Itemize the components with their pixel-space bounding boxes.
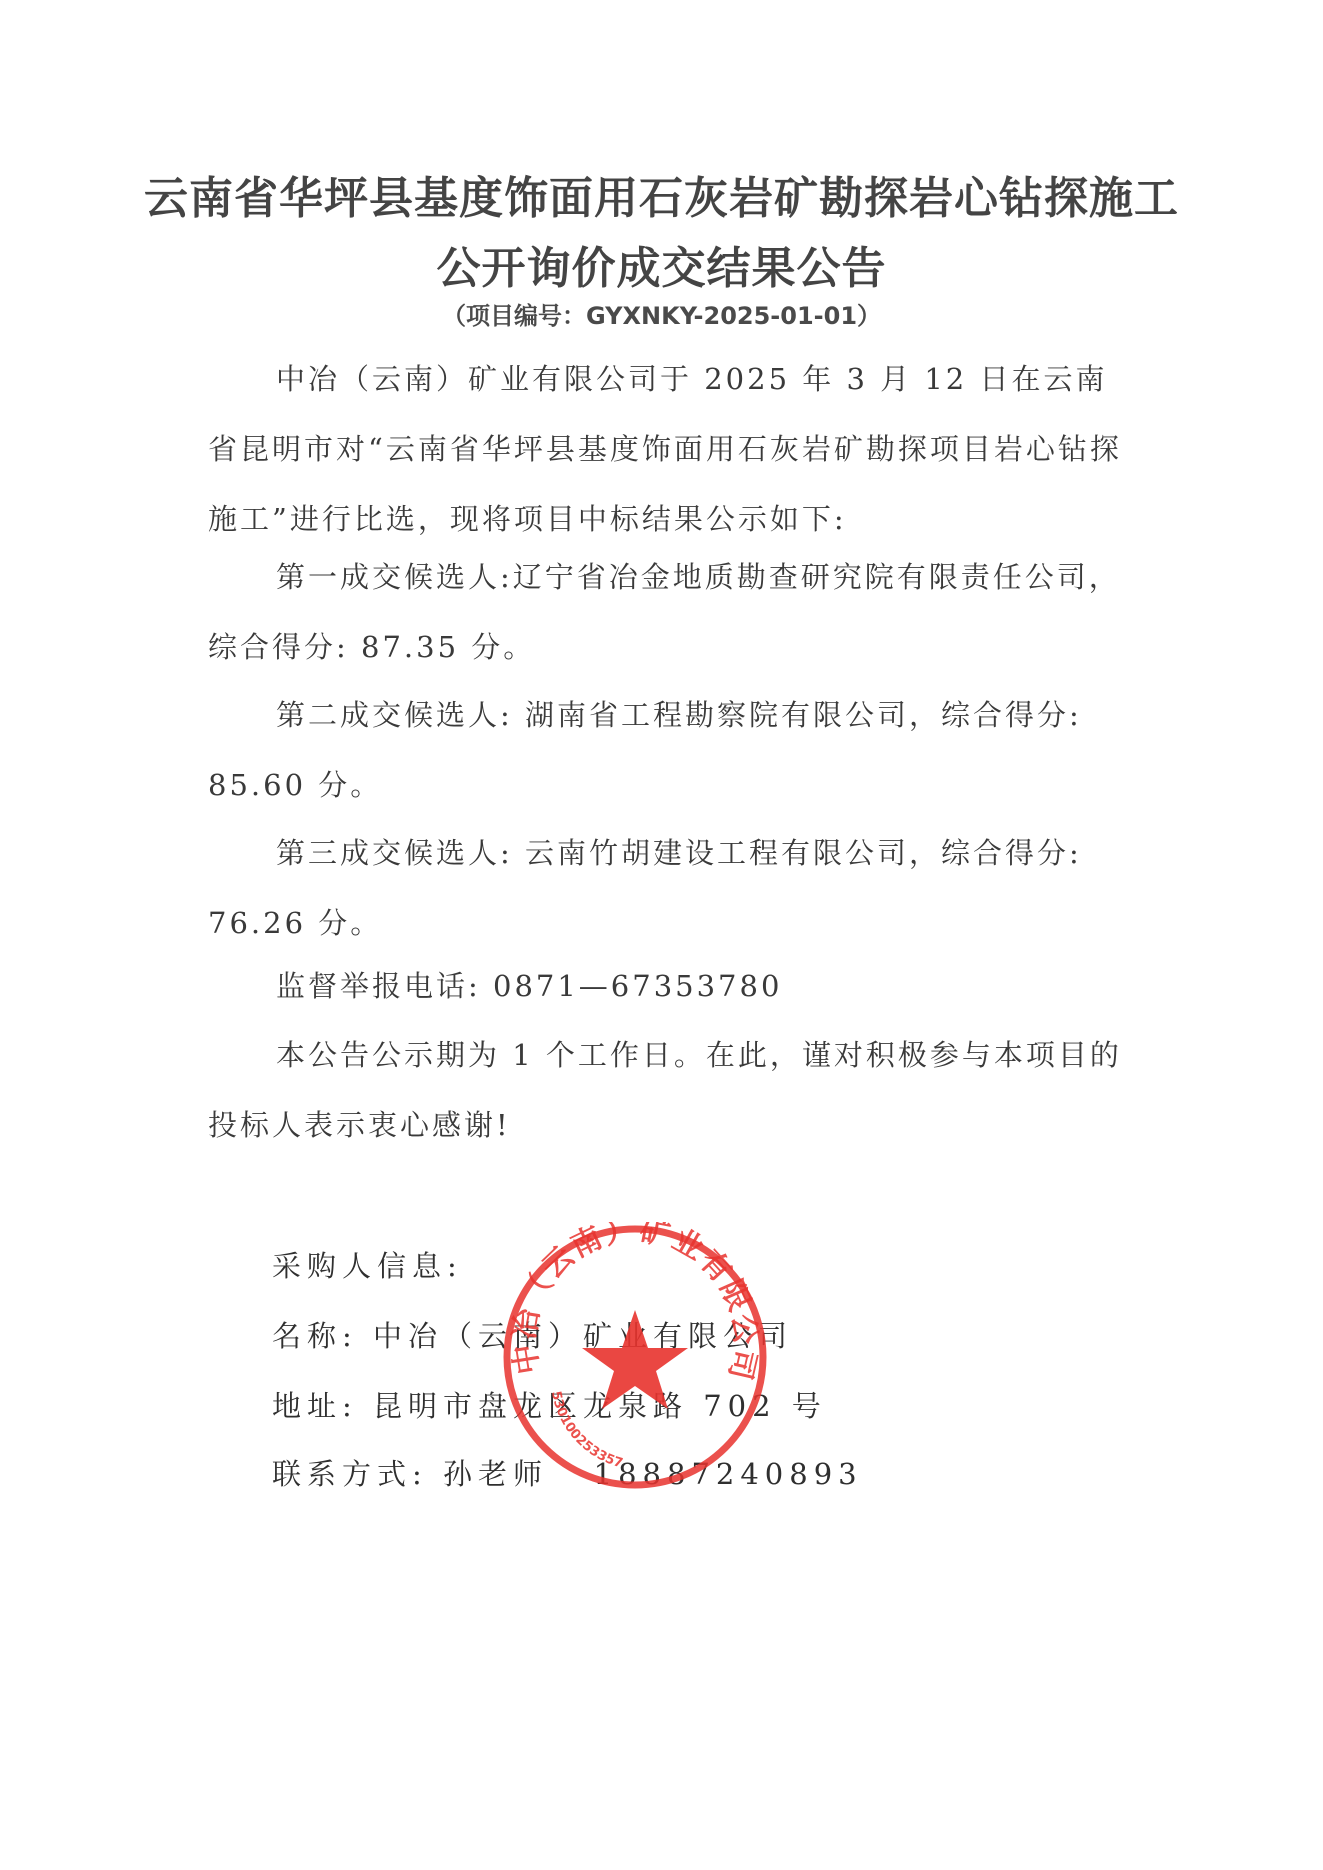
intro-paragraph: 中冶（云南）矿业有限公司于 2025 年 3 月 12 日在云南省昆明市对“云南… <box>208 344 1138 554</box>
document-page: 云南省华坪县基度饰面用石灰岩矿勘探岩心钻探施工 公开询价成交结果公告 （项目编号… <box>0 0 1323 1870</box>
candidate-3-score: 76.26 分。 <box>208 906 382 940</box>
candidate-1-score-label: 综合得分: <box>208 630 349 664</box>
buyer-name: 名称: 中冶（云南）矿业有限公司 <box>272 1314 793 1355</box>
buyer-contact: 联系方式: 孙老师 18887240893 <box>272 1452 863 1493</box>
candidate-1-score: 87.35 分。 <box>361 630 535 664</box>
candidate-3-label: 第三成交候选人: <box>276 836 513 870</box>
candidate-2-company: 湖南省工程勘察院有限公司， <box>525 698 941 732</box>
candidate-2: 第二成交候选人: 湖南省工程勘察院有限公司，综合得分: 85.60 分。 <box>208 680 1138 820</box>
candidate-2-label: 第二成交候选人: <box>276 698 513 732</box>
candidate-1-company: 辽宁省冶金地质勘查研究院有限责任公司， <box>513 560 1121 594</box>
svg-text:中冶（云南）矿业有限公司: 中冶（云南）矿业有限公司 <box>507 1222 763 1385</box>
project-number: （项目编号：GYXNKY-2025-01-01） <box>0 296 1323 331</box>
candidate-1: 第一成交候选人:辽宁省冶金地质勘查研究院有限责任公司，综合得分: 87.35 分… <box>208 542 1138 682</box>
document-title-line-2: 公开询价成交结果公告 <box>0 232 1323 296</box>
candidate-2-score-label: 综合得分: <box>941 698 1082 732</box>
candidate-3-company: 云南竹胡建设工程有限公司， <box>525 836 941 870</box>
buyer-heading: 采购人信息: <box>272 1244 463 1285</box>
hotline: 监督举报电话: 0871—67353780 <box>276 964 782 1005</box>
candidate-1-label: 第一成交候选人: <box>276 560 513 594</box>
candidate-3: 第三成交候选人: 云南竹胡建设工程有限公司，综合得分: 76.26 分。 <box>208 818 1138 958</box>
closing-paragraph: 本公告公示期为 1 个工作日。在此，谨对积极参与本项目的投标人表示衷心感谢! <box>208 1020 1138 1160</box>
candidate-3-score-label: 综合得分: <box>941 836 1082 870</box>
document-title-line-1: 云南省华坪县基度饰面用石灰岩矿勘探岩心钻探施工 <box>0 162 1323 226</box>
candidate-2-score: 85.60 分。 <box>208 768 382 802</box>
buyer-address: 地址: 昆明市盘龙区龙泉路 702 号 <box>272 1384 827 1425</box>
